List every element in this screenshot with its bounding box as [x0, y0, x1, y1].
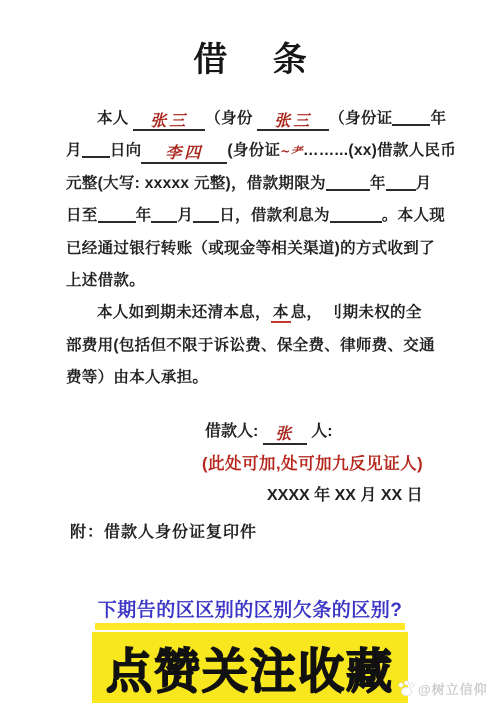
- body-line-2: 月日向李四(身份证~耂……...(xx)借款人民币: [66, 135, 444, 167]
- body-text: 元整(大写: xxxxx 元整)，借款期限为: [66, 175, 326, 192]
- body-line-1: 本人 张三（身份 张三（身份证年: [66, 103, 444, 135]
- body-text: ……...(xx)借款人民币: [303, 142, 456, 159]
- witness-note: (此处可加,处可加九反见证人): [202, 448, 423, 480]
- body-line-4: 日至年月日，借款利息为。本人现: [66, 200, 444, 232]
- banner-text: 点赞关注收藏: [106, 633, 394, 702]
- signature-block: 借款人: 张 人: (此处可加,处可加九反见证人) XXXX 年 XX 月 XX…: [205, 416, 423, 512]
- body-text: 息， 刂期未权的全: [291, 304, 422, 321]
- red-underlined-text: 本: [271, 304, 291, 323]
- body-text: 年: [136, 207, 152, 224]
- body-text: 月: [177, 207, 193, 224]
- handwritten-name: 李四: [165, 143, 203, 162]
- body-text: 年: [430, 110, 446, 127]
- handwritten-name: 张: [275, 424, 294, 443]
- body-text: 日至: [66, 207, 98, 224]
- body-text: 本人如到期未还清本息，: [97, 304, 271, 321]
- blank-line: 李四: [141, 145, 227, 163]
- creator-watermark: @树立信仰: [397, 679, 488, 698]
- blank-line: [193, 205, 219, 223]
- blank-line: 张: [263, 426, 307, 445]
- blank-line: [386, 173, 416, 191]
- iou-document-page: 借 条 本人 张三（身份 张三（身份证年 月日向李四(身份证~耂……...(xx…: [0, 0, 500, 707]
- body-text: 日向: [110, 142, 142, 159]
- body-text: （身份证: [329, 110, 392, 127]
- next-episode-teaser-wrap: 下期告的区区别的区别欠条的区别?: [0, 595, 500, 630]
- body-line-9: 费等）由本人承担。: [66, 362, 444, 394]
- body-text: 月: [66, 142, 82, 159]
- borrower-label: 借款人:: [205, 423, 258, 440]
- paw-icon: [397, 680, 416, 697]
- body-line-5: 已经通过银行转账（或现金等相关渠道)的方式收到了: [66, 233, 444, 265]
- blank-line: [326, 173, 370, 191]
- document-title: 借 条: [0, 32, 500, 81]
- blank-line: [330, 205, 382, 223]
- handwritten-name: 张三: [150, 111, 188, 130]
- handwritten-name: 张三: [274, 111, 312, 130]
- body-line-3: 元整(大写: xxxxx 元整)，借款期限为年月: [66, 168, 444, 200]
- borrower-suffix: 人:: [311, 423, 332, 440]
- body-text: （身份: [205, 110, 252, 127]
- body-line-6: 上述借款。: [66, 265, 444, 297]
- body-text: 本人: [97, 110, 129, 127]
- borrower-line: 借款人: 张 人:: [205, 416, 423, 448]
- body-text: 日，借款利息为: [219, 207, 330, 224]
- body-text: 年: [370, 175, 386, 192]
- handwritten-scribble: ~耂: [280, 144, 303, 158]
- attachment-note: 附：借款人身份证复印件: [70, 519, 257, 542]
- like-follow-save-banner: 点赞关注收藏: [92, 632, 408, 703]
- body-text: 。本人现: [382, 207, 445, 224]
- body-line-8: 部费用(包括但不限于诉讼费、保全费、律师费、交通: [66, 330, 444, 362]
- blank-line: [98, 205, 136, 223]
- body-text: 月: [416, 175, 432, 192]
- blank-line: [82, 140, 110, 158]
- next-episode-teaser: 下期告的区区别的区别欠条的区别?: [95, 595, 406, 630]
- date-line: XXXX 年 XX 月 XX 日: [267, 480, 423, 512]
- blank-line: 张三: [257, 113, 329, 131]
- blank-line: [151, 205, 177, 223]
- body-text: (身份证: [227, 142, 280, 159]
- document-body: 本人 张三（身份 张三（身份证年 月日向李四(身份证~耂……...(xx)借款人…: [66, 103, 444, 395]
- blank-line: 张三: [133, 113, 205, 131]
- blank-line: [392, 108, 430, 126]
- watermark-text: @树立信仰: [418, 679, 488, 698]
- body-line-7: 本人如到期未还清本息，本息， 刂期未权的全: [66, 297, 444, 329]
